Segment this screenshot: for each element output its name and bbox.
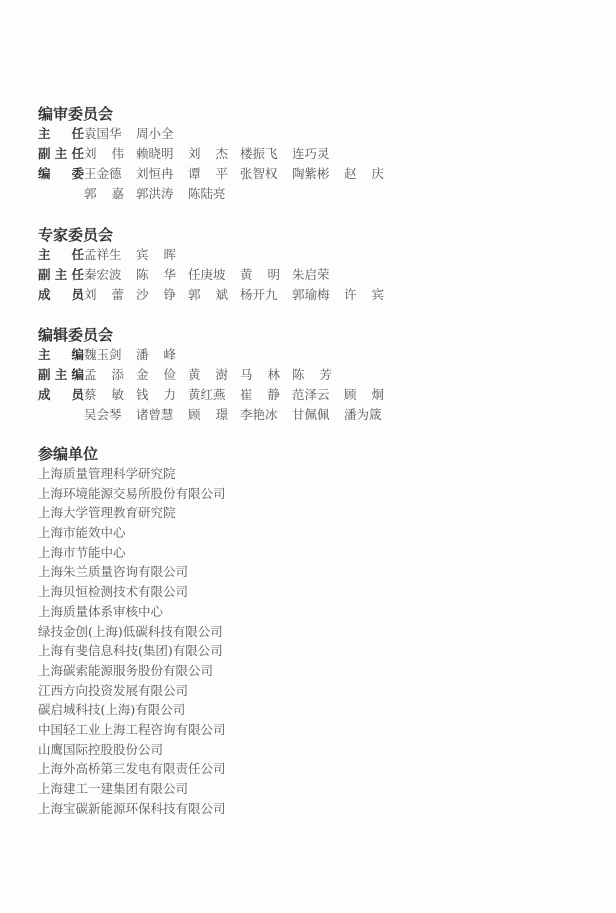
colon-separator: : (77, 345, 81, 365)
unit-item: 上海环境能源交易所股份有限公司 (38, 484, 226, 504)
unit-item: 上海有斐信息科技(集团)有限公司 (38, 641, 226, 661)
member-name: 陈陆亮 (188, 184, 228, 204)
member-name: 钱力 (136, 385, 176, 405)
member-name: 郭洪涛 (136, 184, 176, 204)
member-row: 主任:孟祥生宾晖 (38, 245, 113, 265)
unit-item: 绿技金创(上海)低碳科技有限公司 (38, 622, 226, 642)
member-name: 许宾 (344, 285, 384, 305)
unit-item: 上海市节能中心 (38, 543, 226, 563)
member-name: 顾炯 (344, 385, 384, 405)
member-row: 吴会琴诸曾慧顾璟李艳冰甘佩佩潘为箴 (38, 405, 113, 425)
colon-separator: : (77, 245, 81, 265)
member-row: 成员:蔡敏钱力黄红燕崔静范泽云顾炯 (38, 385, 113, 405)
member-name: 黄明 (240, 265, 280, 285)
member-name: 潘为箴 (344, 405, 384, 425)
member-name: 陈华 (136, 265, 176, 285)
member-name: 王金德 (84, 164, 124, 184)
member-name: 孟添 (84, 365, 124, 385)
member-name: 李艳冰 (240, 405, 280, 425)
member-name: 郭斌 (188, 285, 228, 305)
member-name: 顾璟 (188, 405, 228, 425)
section-editorial-committee: 编辑委员会 主编:魏玉剑潘峰副主编:孟添金俭黄澍马林陈芳成员:蔡敏钱力黄红燕崔静… (38, 325, 113, 425)
member-name: 黄澍 (188, 365, 228, 385)
colon-separator: : (77, 385, 81, 405)
member-name: 陶紫彬 (292, 164, 332, 184)
member-name: 赖晓明 (136, 144, 176, 164)
member-row: 副主编:孟添金俭黄澍马林陈芳 (38, 365, 113, 385)
member-rows: 主编:魏玉剑潘峰副主编:孟添金俭黄澍马林陈芳成员:蔡敏钱力黄红燕崔静范泽云顾炯吴… (38, 345, 113, 425)
section-review-committee: 编审委员会 主任:袁国华周小全副主任:刘伟赖晓明刘杰楼振飞连巧灵编委:王金德刘恒… (38, 104, 113, 204)
member-name: 郭嘉 (84, 184, 124, 204)
member-name: 甘佩佩 (292, 405, 332, 425)
member-name: 孟祥生 (84, 245, 124, 265)
member-row: 副主任:秦宏波陈华任庚坡黄明朱启荣 (38, 265, 113, 285)
member-name: 蔡敏 (84, 385, 124, 405)
member-name: 杨开九 (240, 285, 280, 305)
unit-item: 碳启城科技(上海)有限公司 (38, 700, 226, 720)
member-name: 袁国华 (84, 124, 124, 144)
member-name: 刘恒冉 (136, 164, 176, 184)
unit-item: 上海大学管理教育研究院 (38, 503, 226, 523)
unit-list: 上海质量管理科学研究院上海环境能源交易所股份有限公司上海大学管理教育研究院上海市… (38, 464, 226, 818)
colon-separator: : (77, 365, 81, 385)
member-name: 郭瑜梅 (292, 285, 332, 305)
unit-item: 上海碳索能源服务股份有限公司 (38, 661, 226, 681)
unit-item: 上海朱兰质量咨询有限公司 (38, 562, 226, 582)
member-row: 成员:刘蕾沙铮郭斌杨开九郭瑜梅许宾 (38, 285, 113, 305)
colon-separator: : (77, 285, 81, 305)
member-name: 范泽云 (292, 385, 332, 405)
section-title: 编审委员会 (38, 104, 113, 124)
member-rows: 主任:孟祥生宾晖副主任:秦宏波陈华任庚坡黄明朱启荣成员:刘蕾沙铮郭斌杨开九郭瑜梅… (38, 245, 113, 305)
member-name: 陈芳 (292, 365, 332, 385)
member-name: 任庚坡 (188, 265, 228, 285)
unit-item: 上海外高桥第三发电有限责任公司 (38, 759, 226, 779)
member-name: 张智权 (240, 164, 280, 184)
member-name: 黄红燕 (188, 385, 228, 405)
member-name: 马林 (240, 365, 280, 385)
member-name: 刘杰 (188, 144, 228, 164)
member-row: 编委:王金德刘恒冉谭平张智权陶紫彬赵庆 (38, 164, 113, 184)
unit-item: 上海贝恒检测技术有限公司 (38, 582, 226, 602)
section-title: 参编单位 (38, 444, 226, 464)
member-name: 刘伟 (84, 144, 124, 164)
member-name: 楼振飞 (240, 144, 280, 164)
member-name: 赵庆 (344, 164, 384, 184)
member-name: 崔静 (240, 385, 280, 405)
colon-separator: : (77, 144, 81, 164)
member-name: 朱启荣 (292, 265, 332, 285)
unit-item: 江西方向投资发展有限公司 (38, 681, 226, 701)
colon-separator: : (77, 124, 81, 144)
member-name: 吴会琴 (84, 405, 124, 425)
member-name: 宾晖 (136, 245, 176, 265)
member-name: 刘蕾 (84, 285, 124, 305)
unit-item: 中国轻工业上海工程咨询有限公司 (38, 720, 226, 740)
member-row: 主编:魏玉剑潘峰 (38, 345, 113, 365)
member-name: 谭平 (188, 164, 228, 184)
member-name: 潘峰 (136, 345, 176, 365)
unit-item: 上海宝碳新能源环保科技有限公司 (38, 799, 226, 819)
unit-item: 上海市能效中心 (38, 523, 226, 543)
section-expert-committee: 专家委员会 主任:孟祥生宾晖副主任:秦宏波陈华任庚坡黄明朱启荣成员:刘蕾沙铮郭斌… (38, 225, 113, 305)
section-participating-units: 参编单位 上海质量管理科学研究院上海环境能源交易所股份有限公司上海大学管理教育研… (38, 444, 226, 818)
member-row: 主任:袁国华周小全 (38, 124, 113, 144)
member-name: 秦宏波 (84, 265, 124, 285)
member-rows: 主任:袁国华周小全副主任:刘伟赖晓明刘杰楼振飞连巧灵编委:王金德刘恒冉谭平张智权… (38, 124, 113, 204)
unit-item: 上海质量管理科学研究院 (38, 464, 226, 484)
member-row: 副主任:刘伟赖晓明刘杰楼振飞连巧灵 (38, 144, 113, 164)
member-name: 魏玉剑 (84, 345, 124, 365)
colon-separator: : (77, 265, 81, 285)
member-name: 沙铮 (136, 285, 176, 305)
member-name: 连巧灵 (292, 144, 332, 164)
unit-item: 上海质量体系审核中心 (38, 602, 226, 622)
member-name: 诸曾慧 (136, 405, 176, 425)
section-title: 专家委员会 (38, 225, 113, 245)
unit-item: 山鹰国际控股股份公司 (38, 740, 226, 760)
member-name: 金俭 (136, 365, 176, 385)
member-row: 郭嘉郭洪涛陈陆亮 (38, 184, 113, 204)
section-title: 编辑委员会 (38, 325, 113, 345)
member-name: 周小全 (136, 124, 176, 144)
unit-item: 上海建工一建集团有限公司 (38, 779, 226, 799)
colon-separator: : (77, 164, 81, 184)
